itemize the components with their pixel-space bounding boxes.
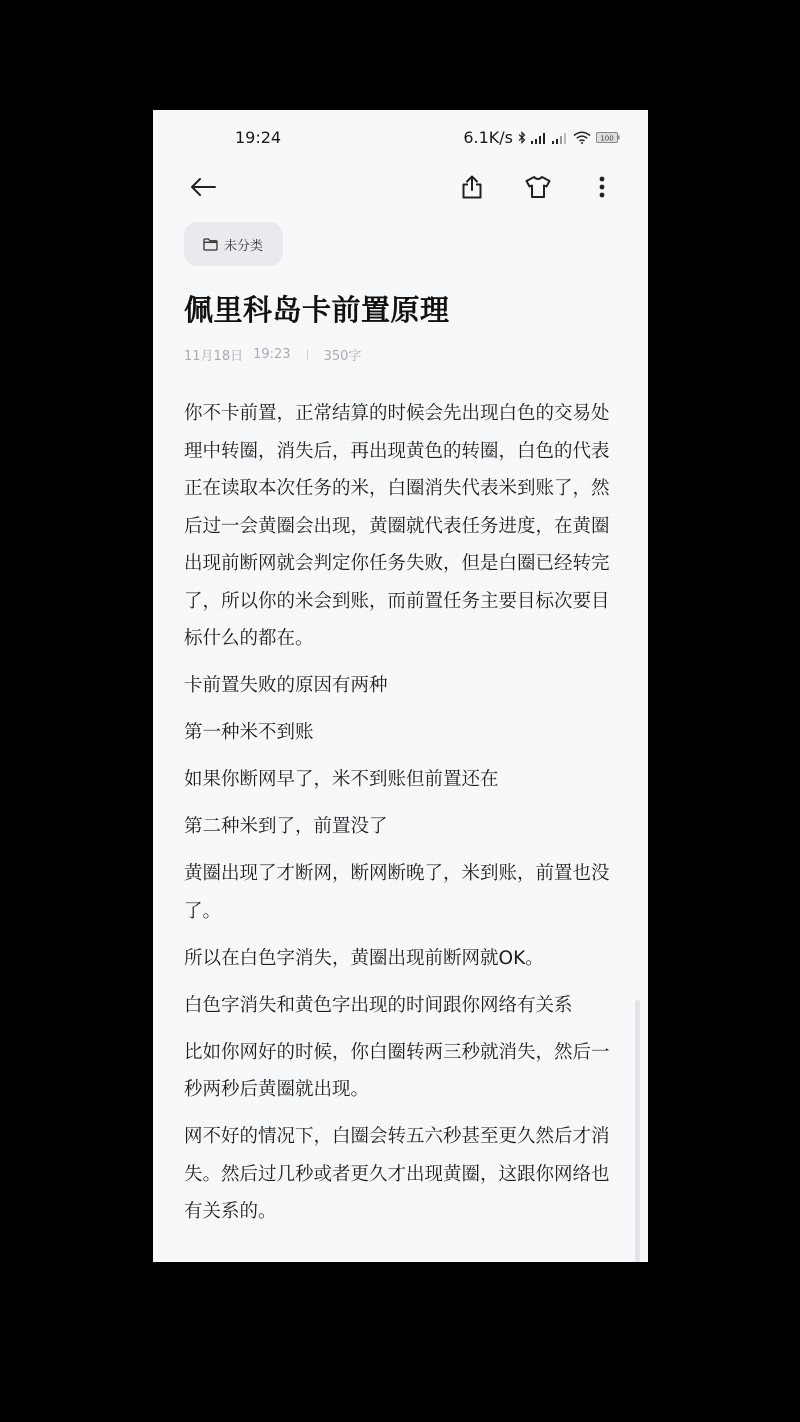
paragraph: 比如你网好的时候，你白圈转两三秒就消失，然后一秒两秒后黄圈就出现。 (184, 1034, 614, 1109)
meta-divider (307, 349, 308, 360)
bluetooth-icon (518, 131, 526, 144)
word-count: 350字 (324, 345, 362, 364)
paragraph: 第二种米到了，前置没了 (184, 808, 614, 846)
category-label: 未分类 (224, 235, 263, 254)
more-options-button[interactable] (587, 172, 617, 202)
share-button[interactable] (457, 172, 487, 202)
status-icons: 6.1K/s 100 (463, 128, 620, 147)
battery-icon: 100 (596, 132, 620, 143)
phone-screen: 19:24 6.1K/s 100 (153, 110, 648, 1262)
signal-icon (531, 132, 547, 144)
paragraph: 白色字消失和黄色字出现的时间跟你网络有关系 (184, 987, 614, 1025)
wifi-icon (573, 131, 591, 144)
paragraph: 卡前置失败的原因有两种 (184, 667, 614, 705)
status-bar: 19:24 6.1K/s 100 (153, 110, 648, 162)
category-chip[interactable]: 未分类 (184, 222, 283, 266)
note-time: 19:23 (253, 347, 290, 362)
theme-button[interactable] (523, 172, 553, 202)
note-title[interactable]: 佩里科岛卡前置原理 (184, 288, 450, 329)
toolbar (153, 162, 648, 212)
paragraph: 网不好的情况下，白圈会转五六秒甚至更久然后才消失。然后过几秒或者更久才出现黄圈，… (184, 1118, 614, 1231)
share-icon (461, 175, 483, 199)
t-shirt-icon (525, 175, 551, 199)
more-vertical-icon (599, 176, 605, 198)
folder-icon (203, 238, 218, 251)
network-speed: 6.1K/s (463, 128, 513, 147)
note-date: 11月18日 (184, 345, 243, 364)
scrollbar[interactable] (635, 1000, 640, 1262)
paragraph: 所以在白色字消失，黄圈出现前断网就OK。 (184, 940, 614, 978)
back-button[interactable] (188, 172, 218, 202)
note-body[interactable]: 你不卡前置，正常结算的时候会先出现白色的交易处理中转圈，消失后，再出现黄色的转圈… (184, 395, 614, 1240)
paragraph: 你不卡前置，正常结算的时候会先出现白色的交易处理中转圈，消失后，再出现黄色的转圈… (184, 395, 614, 658)
svg-text:100: 100 (600, 134, 613, 142)
paragraph: 黄圈出现了才断网，断网断晚了，米到账，前置也没了。 (184, 855, 614, 930)
status-time: 19:24 (235, 128, 281, 147)
note-meta: 11月18日 19:23 350字 (184, 345, 361, 364)
paragraph: 如果你断网早了，米不到账但前置还在 (184, 761, 614, 799)
arrow-left-icon (189, 177, 217, 197)
paragraph: 第一种米不到账 (184, 714, 614, 752)
signal-icon-2 (552, 132, 568, 144)
